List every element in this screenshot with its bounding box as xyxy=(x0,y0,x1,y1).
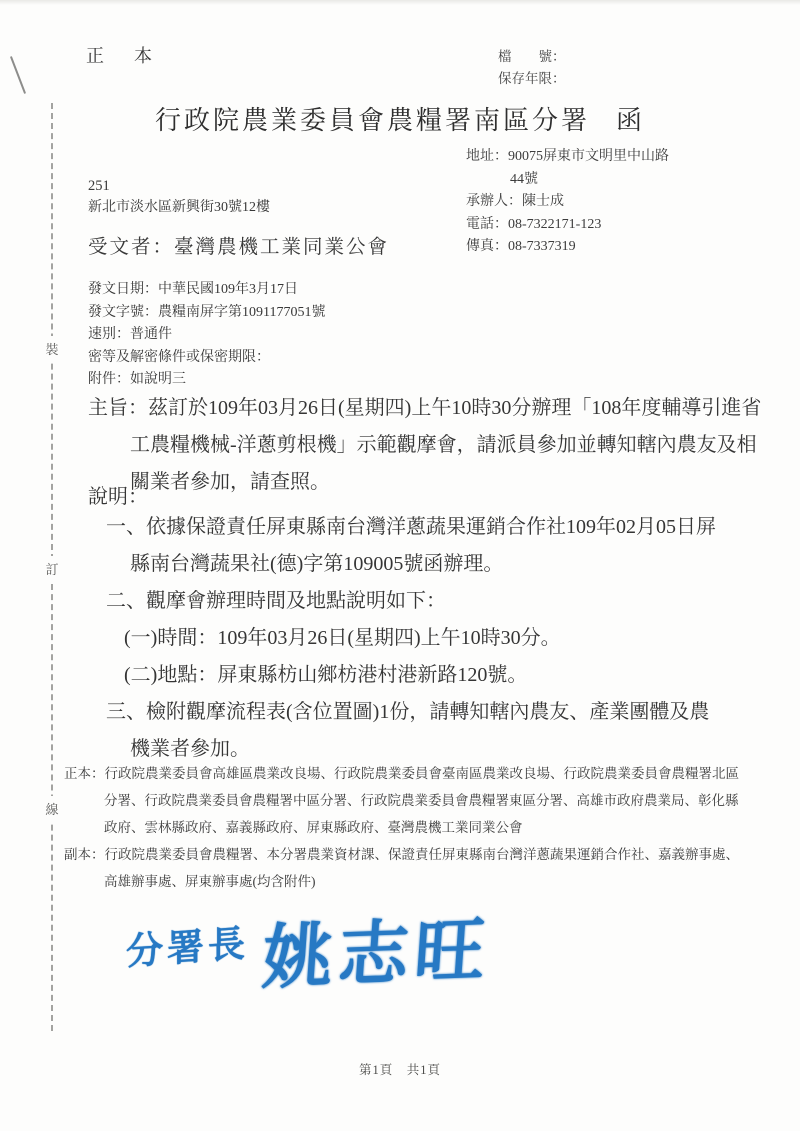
binding-mark-ding: 訂 xyxy=(44,556,60,581)
explanation-item-2-2: (二)地點：屏東縣枋山鄉枋港村港新路120號。 xyxy=(88,657,728,694)
cc-copies-row: 副本：行政院農業委員會農糧署、本分署農業資材課、保證責任屏東縣南台灣洋蔥蔬果運銷… xyxy=(64,841,746,895)
original-copies-label: 正本： xyxy=(64,766,105,781)
item-number: 三、 xyxy=(106,701,146,723)
item-number: (二) xyxy=(124,664,157,686)
file-number-label: 檔 號： xyxy=(498,46,566,68)
attachment-note: 附件：如說明三 xyxy=(88,369,325,392)
item-text: 依據保證責任屏東縣南台灣洋蔥蔬果運銷合作社109年02月05日屏縣南台灣蔬果社(… xyxy=(130,516,716,575)
item-text: 時間：109年03月26日(星期四)上午10時30分。 xyxy=(157,627,560,649)
explanation-item-2: 二、觀摩會辦理時間及地點說明如下： xyxy=(88,583,728,620)
retention-period-label: 保存年限： xyxy=(498,68,566,90)
recipient-zip: 251 xyxy=(88,178,110,195)
signature-title: 分署長 xyxy=(126,913,249,976)
security-class: 密等及解密條件或保密期限： xyxy=(88,347,325,370)
agency-address-line1: 地址：90075屏東市文明里中山路 xyxy=(466,146,669,169)
explanation-item-2-1: (一)時間：109年03月26日(星期四)上午10時30分。 xyxy=(88,620,728,657)
agency-fax: 傳真：08-7337319 xyxy=(466,236,669,259)
explanation-item-1: 一、依據保證責任屏東縣南台灣洋蔥蔬果運銷合作社109年02月05日屏縣南台灣蔬果… xyxy=(88,509,728,583)
dispatch-meta-block: 發文日期：中華民國109年3月17日 發文字號：農糧南屏字第1091177051… xyxy=(88,279,325,392)
agency-address-line2: 44號 xyxy=(466,169,669,192)
item-text: 地點：屏東縣枋山鄉枋港村港新路120號。 xyxy=(157,664,527,686)
issuing-agency-title: 行政院農業委員會農糧署南區分署 xyxy=(155,106,590,135)
page-number-footer: 第1頁 共1頁 xyxy=(0,1060,800,1078)
binding-mark-zhuang: 裝 xyxy=(44,336,60,361)
item-text: 檢附觀摩流程表(含位置圖)1份，請轉知轄內農友、產業團體及農機業者參加。 xyxy=(130,701,709,760)
item-text: 觀摩會辦理時間及地點說明如下： xyxy=(146,590,446,612)
dispatch-number: 發文字號：農糧南屏字第1091177051號 xyxy=(88,302,325,325)
original-copies-list: 行政院農業委員會高雄區農業改良場、行政院農業委員會臺南區農業改良場、行政院農業委… xyxy=(104,766,739,835)
cc-copies-list: 行政院農業委員會農糧署、本分署農業資材課、保證責任屏東縣南台灣洋蔥蔬果運銷合作社… xyxy=(104,847,739,889)
subject-label: 主旨： xyxy=(88,397,148,419)
director-signature-stamp: 分署長姚志旺 xyxy=(126,898,491,999)
agency-contact-block: 地址：90075屏東市文明里中山路 44號 承辦人：陳士成 電話：08-7322… xyxy=(466,146,669,259)
recipient-line: 受文者：臺灣農機工業同業公會 xyxy=(88,231,389,259)
speed-class: 速別：普通件 xyxy=(88,324,325,347)
explanation-item-3: 三、檢附觀摩流程表(含位置圖)1份，請轉知轄內農友、產業團體及農機業者參加。 xyxy=(88,694,728,768)
document-kind: 函 xyxy=(616,106,645,135)
file-number-block: 檔 號： 保存年限： xyxy=(498,46,566,90)
explanation-items: 一、依據保證責任屏東縣南台灣洋蔥蔬果運銷合作社109年02月05日屏縣南台灣蔬果… xyxy=(88,509,728,768)
distribution-block: 正本：行政院農業委員會高雄區農業改良場、行政院農業委員會臺南區農業改良場、行政院… xyxy=(64,760,746,895)
official-letter-page: 裝 訂 線 正 本 檔 號： 保存年限： 行政院農業委員會農糧署南區分署函 地址… xyxy=(0,0,800,1131)
dispatch-date: 發文日期：中華民國109年3月17日 xyxy=(88,279,325,302)
cc-copies-label: 副本： xyxy=(64,847,105,862)
item-number: (一) xyxy=(124,627,157,649)
agency-contact-person: 承辦人：陳士成 xyxy=(466,191,669,214)
original-copies-row: 正本：行政院農業委員會高雄區農業改良場、行政院農業委員會臺南區農業改良場、行政院… xyxy=(64,760,746,841)
binding-mark-xian: 線 xyxy=(44,796,60,821)
scan-artifact-stroke xyxy=(10,56,26,94)
document-title-row: 行政院農業委員會農糧署南區分署函 xyxy=(0,100,800,137)
item-number: 二、 xyxy=(106,590,146,612)
recipient-street-address: 新北市淡水區新興街30號12樓 xyxy=(88,196,270,216)
signature-name: 姚志旺 xyxy=(260,894,495,1003)
copy-type-label: 正 本 xyxy=(86,42,158,68)
agency-phone: 電話：08-7322171-123 xyxy=(466,214,669,237)
item-number: 一、 xyxy=(106,516,146,538)
